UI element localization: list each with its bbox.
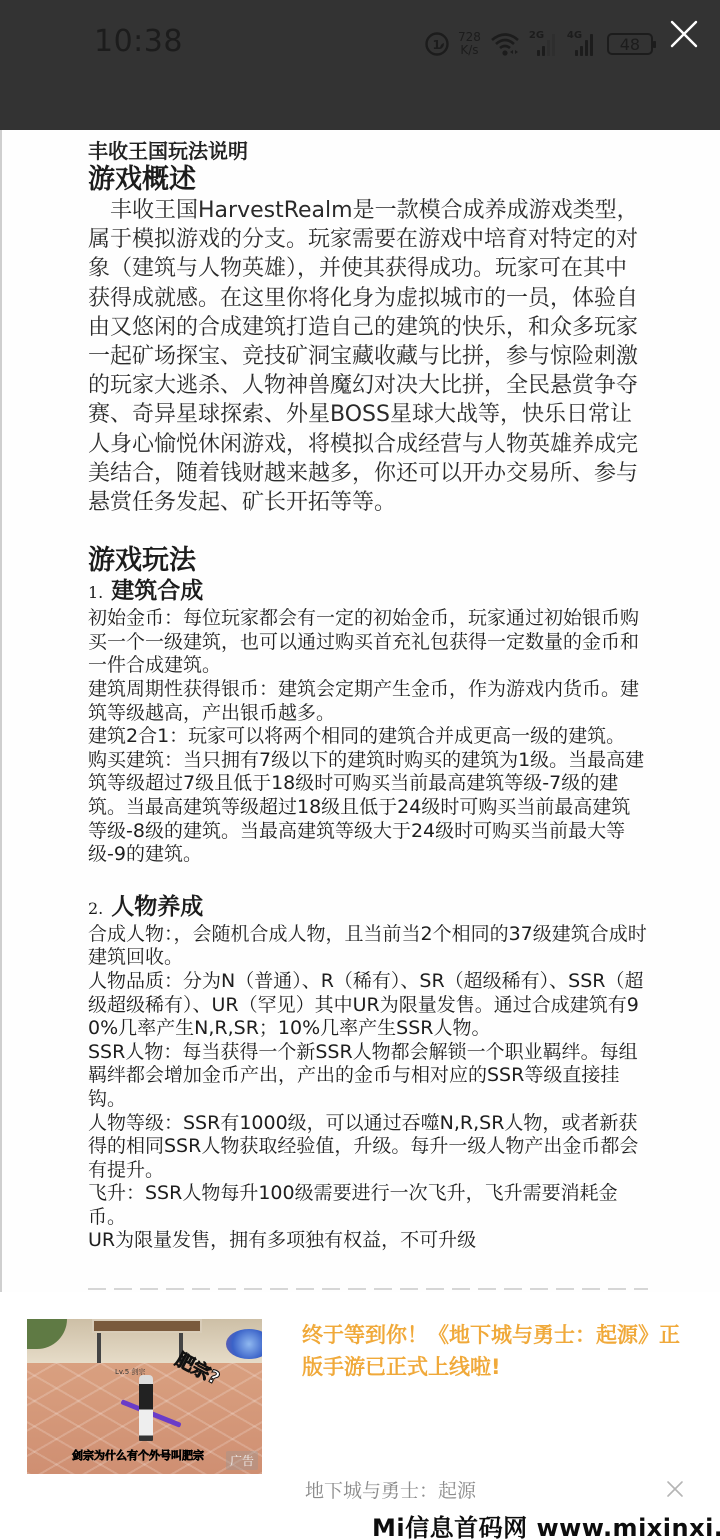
close-viewer-button[interactable]	[668, 18, 700, 50]
close-icon	[664, 1478, 686, 1500]
network-speed: 728 K/s	[458, 31, 481, 57]
character-graphic	[139, 1375, 153, 1441]
gameplay-heading: 游戏玩法	[88, 545, 648, 577]
thumbnail-caption: 剑宗为什么有个外号叫肥宗	[72, 1447, 204, 1463]
status-icons: 1 728 K/s 2G 4G 48	[424, 26, 653, 62]
section-heading-character: 2. 人物养成	[88, 893, 648, 923]
ad-card[interactable]: Lv.5 剑宗 肥宗? 剑宗为什么有个外号叫肥宗 广告 终于等到你！《地下城与勇…	[0, 1292, 720, 1540]
svg-text:1: 1	[433, 38, 441, 52]
wifi-icon	[489, 31, 521, 57]
battery-icon: 48	[607, 33, 653, 55]
overview-text: 丰收王国HarvestRealm是一款模合成养成游戏类型，属于模拟游戏的分支。玩…	[88, 196, 648, 517]
section-item: UR为限量发售，拥有多项独有权益，不可升级	[88, 1229, 648, 1253]
close-icon	[668, 18, 700, 50]
ad-thumbnail[interactable]: Lv.5 剑宗 肥宗? 剑宗为什么有个外号叫肥宗 广告	[27, 1319, 262, 1474]
section-item: 人物品质：分为N（普通）、R（稀有）、SR（超级稀有）、SSR（超级超级稀有）、…	[88, 970, 648, 1041]
document-title: 丰收王国玩法说明	[88, 138, 648, 164]
section-heading-building: 1. 建筑合成	[88, 577, 648, 607]
ad-headline[interactable]: 终于等到你！《地下城与勇士：起源》正版手游已正式上线啦!	[302, 1319, 682, 1383]
document-content: 丰收王国玩法说明 游戏概述 丰收王国HarvestRealm是一款模合成养成游戏…	[88, 138, 648, 1253]
section-item: 购买建筑：当只拥有7级以下的建筑时购买的建筑为1级。当最高建筑等级超过7级且低于…	[88, 749, 648, 867]
overview-heading: 游戏概述	[88, 164, 648, 196]
section-item: 人物等级：SSR有1000级，可以通过吞噬N,R,SR人物，或者新获得的相同SS…	[88, 1112, 648, 1183]
section-item: SSR人物：每当获得一个新SSR人物都会解锁一个职业羁绊。每组羁绊都会增加金币产…	[88, 1041, 648, 1112]
section-item: 建筑周期性获得银币：建筑会定期产生金币，作为游戏内货币。建筑等级越高，产出银币越…	[88, 678, 648, 725]
section-item: 合成人物：，会随机合成人物，且当前当2个相同的37级建筑合成时建筑回收。	[88, 923, 648, 970]
ad-close-button[interactable]	[664, 1478, 686, 1500]
document-image: 丰收王国玩法说明 游戏概述 丰收王国HarvestRealm是一款模合成养成游戏…	[0, 130, 720, 1292]
ad-source: 地下城与勇士：起源	[305, 1476, 476, 1503]
watermark: Mi信息首码网 www.mixinxi.com	[372, 1508, 720, 1540]
section-item: 飞升：SSR人物每升100级需要进行一次飞升，飞升需要消耗金币。	[88, 1182, 648, 1229]
status-bar-overlay: 10:38 1 728 K/s 2G 4G 48	[0, 0, 720, 130]
status-time: 10:38	[94, 24, 183, 59]
section-item: 建筑2合1：玩家可以将两个相同的建筑合并成更高一级的建筑。	[88, 725, 648, 749]
section-item: 初始金币：每位玩家都会有一定的初始金币，玩家通过初始银币购买一个一级建筑，也可以…	[88, 607, 648, 678]
ad-label: 广告	[226, 1451, 258, 1470]
signal-4g-icon: 4G	[567, 32, 599, 56]
signal-2g-icon: 2G	[529, 32, 559, 56]
data-saver-icon: 1	[424, 31, 450, 57]
